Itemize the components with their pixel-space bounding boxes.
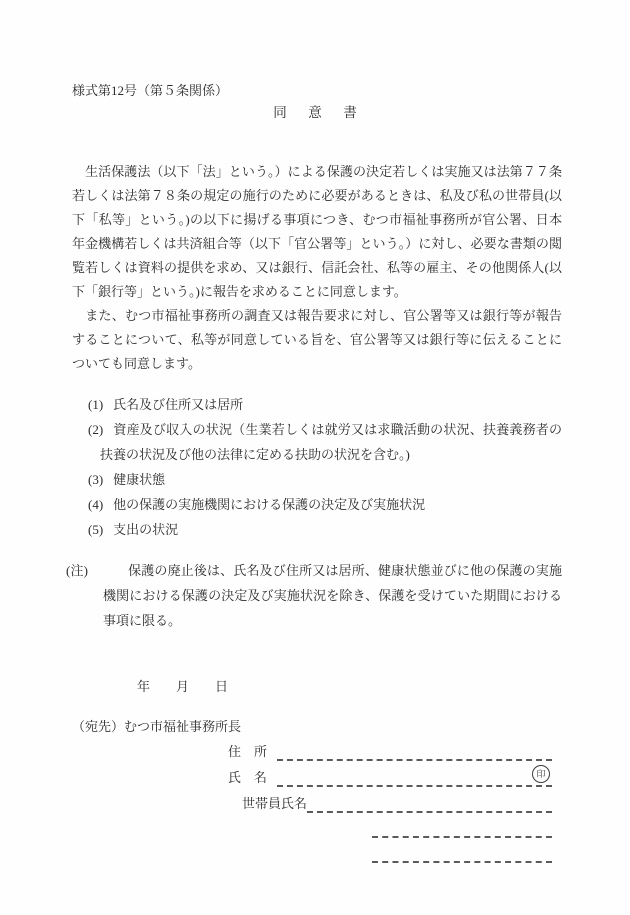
- item-number: (2): [88, 422, 103, 437]
- note-text: 保護の廃止後は、氏名及び住所又は居所、健康状態並びに他の保護の実施機関における保…: [103, 563, 562, 628]
- name-row: 氏 名 印: [228, 761, 562, 787]
- name-label: 氏 名: [228, 767, 277, 787]
- household-member-extra-line-1[interactable]: [372, 818, 552, 838]
- addressee: （宛先）むつ市福祉事務所長: [72, 715, 562, 739]
- item-number: (3): [88, 472, 103, 487]
- item-number: (4): [88, 497, 103, 512]
- household-member-extra-row-2: [228, 838, 562, 863]
- consent-items-list: (1)氏名及び住所又は居所 (2)資産及び収入の状況（生業若しくは就労又は求職活…: [72, 392, 562, 542]
- item-text: 資産及び収入の状況（生業若しくは就労又は求職活動の状況、扶養義務者の扶養の状況及…: [100, 422, 562, 462]
- document-title: 同 意 書: [72, 106, 562, 120]
- household-member-extra-line-2[interactable]: [372, 843, 552, 863]
- name-input-line[interactable]: 印: [277, 767, 552, 787]
- document-page: 様式第12号（第５条関係） 同 意 書 生活保護法（以下「法」という。）による保…: [0, 0, 630, 915]
- paragraph-consent: 生活保護法（以下「法」という。）による保護の決定若しくは実施又は法第７７条若しく…: [72, 160, 562, 304]
- item-number: (1): [88, 397, 103, 412]
- item-text: 健康状態: [113, 472, 165, 487]
- list-item-2: (2)資産及び収入の状況（生業若しくは就労又は求職活動の状況、扶養義務者の扶養の…: [72, 417, 562, 467]
- household-member-input-line[interactable]: [307, 793, 552, 813]
- address-input-line[interactable]: [277, 741, 552, 761]
- item-text: 他の保護の実施機関における保護の決定及び実施状況: [113, 497, 425, 512]
- date-line: 年 月 日: [137, 675, 562, 699]
- list-item-4: (4)他の保護の実施機関における保護の決定及び実施状況: [72, 492, 562, 517]
- household-member-label: 世帯員氏名: [242, 793, 307, 813]
- list-item-5: (5)支出の状況: [72, 517, 562, 542]
- list-item-1: (1)氏名及び住所又は居所: [72, 392, 562, 417]
- paragraph-additional-consent: また、むつ市福祉事務所の調査又は報告要求に対し、官公署等又は銀行等が報告すること…: [72, 304, 562, 376]
- household-member-row: 世帯員氏名: [228, 787, 562, 813]
- item-number: (5): [88, 522, 103, 537]
- item-text: 支出の状況: [113, 522, 178, 537]
- note-label: (注): [66, 563, 88, 578]
- address-row: 住 所: [228, 739, 562, 761]
- household-member-extra-row-1: [228, 813, 562, 838]
- item-text: 氏名及び住所又は居所: [113, 397, 243, 412]
- address-label: 住 所: [228, 741, 277, 761]
- list-item-3: (3)健康状態: [72, 467, 562, 492]
- note: (注)保護の廃止後は、氏名及び住所又は居所、健康状態並びに他の保護の実施機関にお…: [72, 558, 562, 633]
- form-number: 様式第12号（第５条関係）: [72, 84, 562, 97]
- signature-block: 住 所 氏 名 印 世帯員氏名: [228, 739, 562, 863]
- seal-mark-icon: 印: [532, 765, 550, 783]
